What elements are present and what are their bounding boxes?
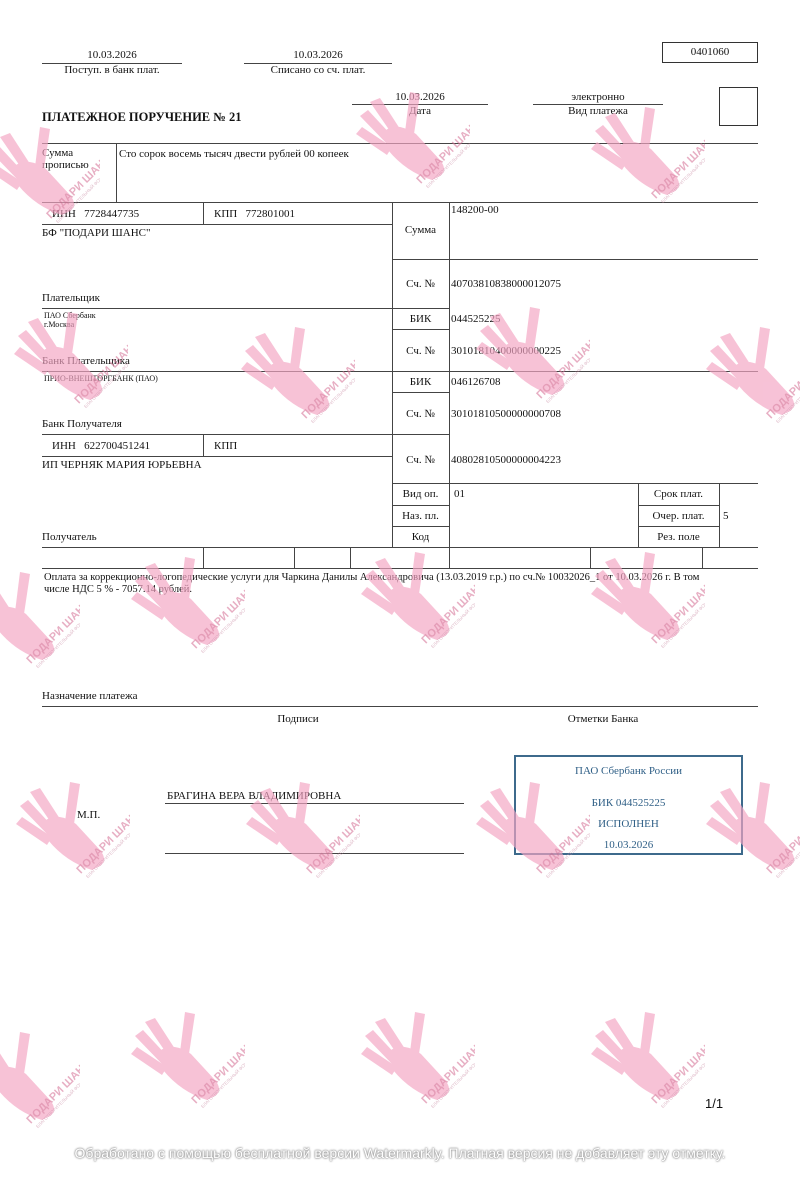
watermark-hand-icon: ПОДАРИ ШАНСБЛАГОТВОРИТЕЛЬНЫЙ ФОНД bbox=[10, 770, 130, 890]
svg-text:БЛАГОТВОРИТЕЛЬНЫЙ ФОНД: БЛАГОТВОРИТЕЛЬНЫЙ ФОНД bbox=[659, 1057, 705, 1109]
divider bbox=[42, 547, 758, 548]
divider bbox=[638, 526, 719, 527]
payee-account: 40802810500000004223 bbox=[451, 454, 561, 467]
stamp-status: ИСПОЛНЕН bbox=[516, 818, 741, 831]
payer-bank-account-label: Сч. № bbox=[392, 345, 449, 358]
signer-name: БРАГИНА ВЕРА ВЛАДИМИРОВНА bbox=[167, 790, 341, 803]
payee-name: ИП ЧЕРНЯК МАРИЯ ЮРЬЕВНА bbox=[42, 459, 202, 472]
payer-bank-account: 30101810400000000225 bbox=[451, 345, 561, 358]
signature-line bbox=[165, 803, 464, 804]
divider bbox=[392, 329, 449, 330]
watermark-hand-icon: ПОДАРИ ШАНСБЛАГОТВОРИТЕЛЬНЫЙ ФОНД bbox=[125, 545, 245, 665]
purpose-label: Назначение платежа bbox=[42, 690, 137, 703]
priority: 5 bbox=[723, 510, 729, 523]
payee-bank-bik: 046126708 bbox=[451, 376, 501, 389]
purpose-text-2: числе НДС 5 % - 7057.14 рублей. bbox=[44, 583, 192, 596]
svg-text:БЛАГОТВОРИТЕЛЬНЫЙ ФОНД: БЛАГОТВОРИТЕЛЬНЫЙ ФОНД bbox=[199, 602, 245, 654]
svg-text:БЛАГОТВОРИТЕЛЬНЫЙ ФОНД: БЛАГОТВОРИТЕЛЬНЫЙ ФОНД bbox=[774, 827, 800, 879]
payee-kpp-label: КПП bbox=[214, 440, 237, 452]
svg-text:ПОДАРИ ШАНС: ПОДАРИ ШАНС bbox=[764, 352, 800, 421]
received-label: Поступ. в банк плат. bbox=[42, 64, 182, 77]
watermark-hand-icon: ПОДАРИ ШАНСБЛАГОТВОРИТЕЛЬНЫЙ ФОНД bbox=[585, 1000, 705, 1120]
payee-role-label: Получатель bbox=[42, 531, 97, 544]
svg-text:ПОДАРИ ШАНС: ПОДАРИ ШАНС bbox=[764, 807, 800, 876]
page-number: 1/1 bbox=[705, 1096, 723, 1111]
footer-watermark-note: Обработано с помощью бесплатной версии W… bbox=[0, 1145, 800, 1161]
watermark-hand-icon: ПОДАРИ ШАНСБЛАГОТВОРИТЕЛЬНЫЙ ФОНД bbox=[235, 315, 355, 435]
payer-bank-name-2: г.Москва bbox=[44, 320, 74, 329]
op-type: 01 bbox=[454, 488, 465, 501]
doc-date: 10.03.2026 bbox=[352, 91, 488, 104]
divider bbox=[449, 202, 450, 547]
watermark-hand-icon: ПОДАРИ ШАНСБЛАГОТВОРИТЕЛЬНЫЙ ФОНД bbox=[585, 540, 705, 660]
received-date: 10.03.2026 bbox=[42, 49, 182, 62]
watermark-hand-icon: ПОДАРИ ШАНСБЛАГОТВОРИТЕЛЬНЫЙ ФОНД bbox=[355, 1000, 475, 1120]
svg-text:БЛАГОТВОРИТЕЛЬНЫЙ ФОНД: БЛАГОТВОРИТЕЛЬНЫЙ ФОНД bbox=[429, 1057, 475, 1109]
status-box bbox=[719, 87, 758, 126]
svg-text:ПОДАРИ ШАНС: ПОДАРИ ШАНС bbox=[414, 117, 470, 186]
watermark-hand-icon: ПОДАРИ ШАНСБЛАГОТВОРИТЕЛЬНЫЙ ФОНД bbox=[125, 1000, 245, 1120]
svg-text:ПОДАРИ ШАНС: ПОДАРИ ШАНС bbox=[649, 1037, 705, 1106]
svg-text:ПОДАРИ ШАНС: ПОДАРИ ШАНС bbox=[304, 807, 360, 876]
svg-text:БЛАГОТВОРИТЕЛЬНЫЙ ФОНД: БЛАГОТВОРИТЕЛЬНЫЙ ФОНД bbox=[659, 152, 705, 204]
divider bbox=[392, 483, 758, 484]
divider bbox=[203, 202, 204, 224]
divider bbox=[392, 505, 449, 506]
divider bbox=[42, 706, 758, 707]
op-type-label: Вид оп. bbox=[392, 488, 449, 501]
stamp-bank: ПАО Сбербанк России bbox=[516, 765, 741, 778]
amount-words-label-2: прописью bbox=[42, 159, 89, 172]
svg-text:ПОДАРИ ШАНС: ПОДАРИ ШАНС bbox=[419, 577, 475, 646]
payment-type-label: Вид платежа bbox=[533, 105, 663, 118]
form-code-box: 0401060 bbox=[662, 42, 758, 63]
svg-text:БЛАГОТВОРИТЕЛЬНЫЙ ФОНД: БЛАГОТВОРИТЕЛЬНЫЙ ФОНД bbox=[34, 617, 80, 669]
svg-text:ПОДАРИ ШАНС: ПОДАРИ ШАНС bbox=[189, 582, 245, 651]
divider bbox=[42, 371, 758, 372]
payee-bank-role-label: Банк Получателя bbox=[42, 418, 122, 431]
amount-label: Сумма bbox=[392, 224, 449, 237]
payment-type: электронно bbox=[533, 91, 663, 104]
divider bbox=[719, 483, 720, 547]
divider bbox=[203, 434, 204, 456]
divider bbox=[294, 547, 295, 568]
svg-text:БЛАГОТВОРИТЕЛЬНЫЙ ФОНД: БЛАГОТВОРИТЕЛЬНЫЙ ФОНД bbox=[199, 1057, 245, 1109]
divider bbox=[350, 547, 351, 568]
divider bbox=[392, 259, 758, 260]
payer-bank-role-label: Банк Плательщика bbox=[42, 355, 130, 368]
payer-inn-label: ИНН bbox=[52, 208, 76, 220]
priority-label: Очер. плат. bbox=[638, 510, 719, 523]
svg-text:ПОДАРИ ШАНС: ПОДАРИ ШАНС bbox=[534, 332, 590, 401]
signatures-label: Подписи bbox=[248, 713, 348, 726]
divider bbox=[42, 568, 758, 569]
seal-label: М.П. bbox=[77, 809, 100, 822]
watermark-hand-icon: ПОДАРИ ШАНСБЛАГОТВОРИТЕЛЬНЫЙ ФОНД bbox=[240, 770, 360, 890]
payer-kpp-label: КПП bbox=[214, 208, 237, 220]
divider bbox=[116, 143, 117, 202]
divider bbox=[392, 392, 449, 393]
signature-line bbox=[165, 853, 464, 854]
payer-name: БФ "ПОДАРИ ШАНС" bbox=[42, 227, 151, 240]
code-label: Код bbox=[392, 531, 449, 544]
svg-text:БЛАГОТВОРИТЕЛЬНЫЙ ФОНД: БЛАГОТВОРИТЕЛЬНЫЙ ФОНД bbox=[544, 352, 590, 404]
divider bbox=[638, 505, 719, 506]
divider bbox=[449, 547, 450, 568]
payer-inn: 7728447735 bbox=[84, 208, 139, 220]
divider bbox=[42, 202, 758, 203]
debited-date: 10.03.2026 bbox=[244, 49, 392, 62]
payee-bank-name: ПРИО-ВНЕШТОРГБАНК (ПАО) bbox=[44, 374, 158, 383]
amount-value: 148200-00 bbox=[451, 204, 499, 217]
svg-text:ПОДАРИ ШАНС: ПОДАРИ ШАНС bbox=[299, 352, 355, 421]
payer-account-label: Сч. № bbox=[392, 278, 449, 291]
stamp-date: 10.03.2026 bbox=[516, 839, 741, 852]
svg-text:ПОДАРИ ШАНС: ПОДАРИ ШАНС bbox=[189, 1037, 245, 1106]
svg-text:БЛАГОТВОРИТЕЛЬНЫЙ ФОНД: БЛАГОТВОРИТЕЛЬНЫЙ ФОНД bbox=[424, 137, 470, 189]
reserve-label: Рез. поле bbox=[638, 531, 719, 544]
payee-bank-bik-label: БИК bbox=[392, 376, 449, 389]
payer-kpp: 772801001 bbox=[245, 208, 295, 220]
svg-text:БЛАГОТВОРИТЕЛЬНЫЙ ФОНД: БЛАГОТВОРИТЕЛЬНЫЙ ФОНД bbox=[659, 597, 705, 649]
divider bbox=[702, 547, 703, 568]
divider bbox=[590, 547, 591, 568]
svg-text:ПОДАРИ ШАНС: ПОДАРИ ШАНС bbox=[419, 1037, 475, 1106]
bank-stamp: ПАО Сбербанк России БИК 044525225 ИСПОЛН… bbox=[514, 755, 743, 855]
svg-text:ПОДАРИ ШАНС: ПОДАРИ ШАНС bbox=[649, 577, 705, 646]
watermark-hand-icon: ПОДАРИ ШАНСБЛАГОТВОРИТЕЛЬНЫЙ ФОНД bbox=[700, 315, 800, 435]
payer-account: 40703810838000012075 bbox=[451, 278, 561, 291]
divider bbox=[392, 526, 449, 527]
debited-label: Списано со сч. плат. bbox=[244, 64, 392, 77]
payer-bank-name-1: ПАО Сбербанк bbox=[44, 311, 96, 320]
payer-bank-bik: 044525225 bbox=[451, 313, 501, 326]
payee-bank-account-label: Сч. № bbox=[392, 408, 449, 421]
svg-text:БЛАГОТВОРИТЕЛЬНЫЙ ФОНД: БЛАГОТВОРИТЕЛЬНЫЙ ФОНД bbox=[309, 372, 355, 424]
watermark-hand-icon: ПОДАРИ ШАНСБЛАГОТВОРИТЕЛЬНЫЙ ФОНД bbox=[355, 540, 475, 660]
divider bbox=[42, 143, 758, 144]
svg-text:ПОДАРИ ШАНС: ПОДАРИ ШАНС bbox=[24, 597, 80, 666]
svg-text:БЛАГОТВОРИТЕЛЬНЫЙ ФОНД: БЛАГОТВОРИТЕЛЬНЫЙ ФОНД bbox=[429, 597, 475, 649]
watermark-hand-icon: ПОДАРИ ШАНСБЛАГОТВОРИТЕЛЬНЫЙ ФОНД bbox=[0, 1020, 80, 1140]
divider bbox=[42, 308, 449, 309]
amount-words-value: Сто сорок восемь тысяч двести рублей 00 … bbox=[119, 148, 349, 161]
payee-inn-label: ИНН bbox=[52, 440, 76, 452]
divider bbox=[42, 434, 449, 435]
payee-inn: 622700451241 bbox=[84, 440, 150, 452]
stamp-bik: БИК 044525225 bbox=[516, 797, 741, 810]
due-label: Срок плат. bbox=[638, 488, 719, 501]
svg-text:БЛАГОТВОРИТЕЛЬНЫЙ ФОНД: БЛАГОТВОРИТЕЛЬНЫЙ ФОНД bbox=[774, 372, 800, 424]
payer-role-label: Плательщик bbox=[42, 292, 100, 305]
form-code: 0401060 bbox=[663, 46, 757, 59]
divider bbox=[42, 456, 392, 457]
doc-date-label: Дата bbox=[352, 105, 488, 118]
svg-text:БЛАГОТВОРИТЕЛЬНЫЙ ФОНД: БЛАГОТВОРИТЕЛЬНЫЙ ФОНД bbox=[84, 827, 130, 879]
payee-bank-account: 30101810500000000708 bbox=[451, 408, 561, 421]
divider bbox=[42, 224, 392, 225]
bank-marks-label: Отметки Банка bbox=[553, 713, 653, 726]
payee-account-label: Сч. № bbox=[392, 454, 449, 467]
purpose-code-label: Наз. пл. bbox=[392, 510, 449, 523]
divider bbox=[203, 547, 204, 568]
payer-bank-bik-label: БИК bbox=[392, 313, 449, 326]
page-title: ПЛАТЕЖНОЕ ПОРУЧЕНИЕ № 21 bbox=[42, 110, 241, 124]
svg-text:БЛАГОТВОРИТЕЛЬНЫЙ ФОНД: БЛАГОТВОРИТЕЛЬНЫЙ ФОНД bbox=[34, 1077, 80, 1129]
svg-text:ПОДАРИ ШАНС: ПОДАРИ ШАНС bbox=[24, 1057, 80, 1126]
